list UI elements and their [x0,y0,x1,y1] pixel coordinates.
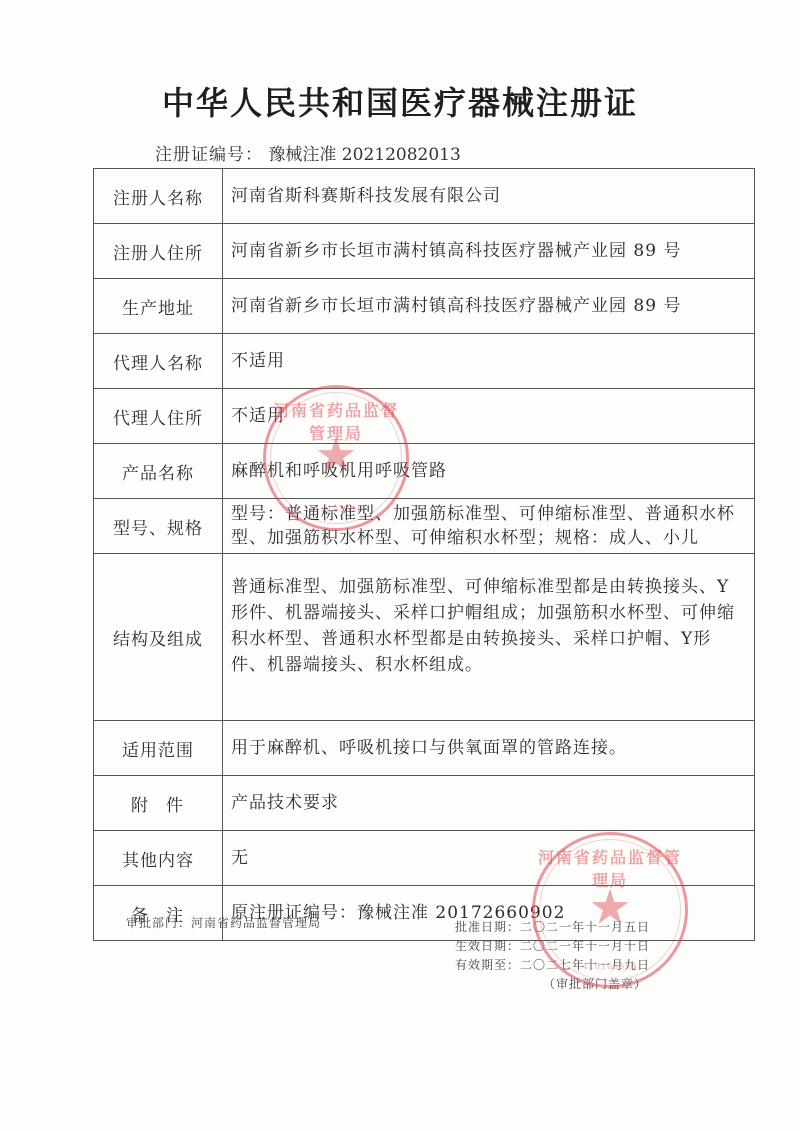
table-row: 适用范围 用于麻醉机、呼吸机接口与供氧面罩的管路连接。 [94,721,755,776]
field-value: 河南省斯科赛斯科技发展有限公司 [223,169,755,224]
table-row: 结构及组成 普通标准型、加强筋标准型、可伸缩标准型都是由转换接头、Y形件、机器端… [94,554,755,721]
registration-number-label: 注册证编号： [155,145,263,165]
field-value: 无 [223,831,755,886]
field-label: 备注 [94,886,223,941]
date-block: 批准日期：二〇二一年十一月五日 生效日期：二〇二一年十一月十日 有效期至：二〇二… [455,918,650,994]
field-label: 附件 [94,776,223,831]
certificate-table: 注册人名称 河南省斯科赛斯科技发展有限公司 注册人住所 河南省新乡市长垣市满村镇… [93,168,755,941]
field-value: 用于麻醉机、呼吸机接口与供氧面罩的管路连接。 [223,721,755,776]
table-row: 附件 产品技术要求 [94,776,755,831]
field-value: 普通标准型、加强筋标准型、可伸缩标准型都是由转换接头、Y形件、机器端接头、采样口… [223,554,755,721]
table-row: 型号、规格 型号：普通标准型、加强筋标准型、可伸缩标准型、普通积水杯型、加强筋积… [94,499,755,554]
table-row: 代理人名称 不适用 [94,334,755,389]
table-row: 代理人住所 不适用 [94,389,755,444]
field-value: 不适用 [223,389,755,444]
approval-department: 审批部门：河南省药品监督管理局 [126,914,321,931]
table-row: 其他内容 无 [94,831,755,886]
field-value: 型号：普通标准型、加强筋标准型、可伸缩标准型、普通积水杯型、加强筋积水杯型、可伸… [223,499,755,554]
field-label: 注册人住所 [94,224,223,279]
table-row: 产品名称 麻醉机和呼吸机用呼吸管路 [94,444,755,499]
field-label: 代理人名称 [94,334,223,389]
effective-date-value: 二〇二一年十一月十日 [520,939,650,953]
field-label: 代理人住所 [94,389,223,444]
field-value: 产品技术要求 [223,776,755,831]
valid-until-label: 有效期至： [455,958,520,972]
field-value: 不适用 [223,334,755,389]
valid-until: 有效期至：二〇二七年十一月九日 [455,956,650,975]
effective-date: 生效日期：二〇二一年十一月十日 [455,937,650,956]
field-label: 生产地址 [94,279,223,334]
table-row: 注册人名称 河南省斯科赛斯科技发展有限公司 [94,169,755,224]
approval-date: 批准日期：二〇二一年十一月五日 [455,918,650,937]
valid-until-value: 二〇二七年十一月九日 [520,958,650,972]
document-title: 中华人民共和国医疗器械注册证 [0,78,800,124]
registration-number-value: 豫械注准 20212082013 [268,145,460,165]
approval-department-value: 河南省药品监督管理局 [191,916,321,930]
approval-department-label: 审批部门： [126,916,191,930]
field-label: 其他内容 [94,831,223,886]
table-row: 备注 原注册证编号：豫械注准 20172660902 [94,886,755,941]
field-label: 型号、规格 [94,499,223,554]
field-label: 产品名称 [94,444,223,499]
seal-note: （审批部门盖章） [455,975,650,994]
registration-number: 注册证编号： 豫械注准 20212082013 [155,140,461,165]
field-value: 河南省新乡市长垣市满村镇高科技医疗器械产业园 89 号 [223,224,755,279]
field-label: 适用范围 [94,721,223,776]
approval-date-value: 二〇二一年十一月五日 [520,920,650,934]
field-value: 麻醉机和呼吸机用呼吸管路 [223,444,755,499]
table-row: 生产地址 河南省新乡市长垣市满村镇高科技医疗器械产业园 89 号 [94,279,755,334]
field-label: 结构及组成 [94,554,223,721]
field-label: 注册人名称 [94,169,223,224]
effective-date-label: 生效日期： [455,939,520,953]
approval-date-label: 批准日期： [455,920,520,934]
field-value: 河南省新乡市长垣市满村镇高科技医疗器械产业园 89 号 [223,279,755,334]
table-row: 注册人住所 河南省新乡市长垣市满村镇高科技医疗器械产业园 89 号 [94,224,755,279]
